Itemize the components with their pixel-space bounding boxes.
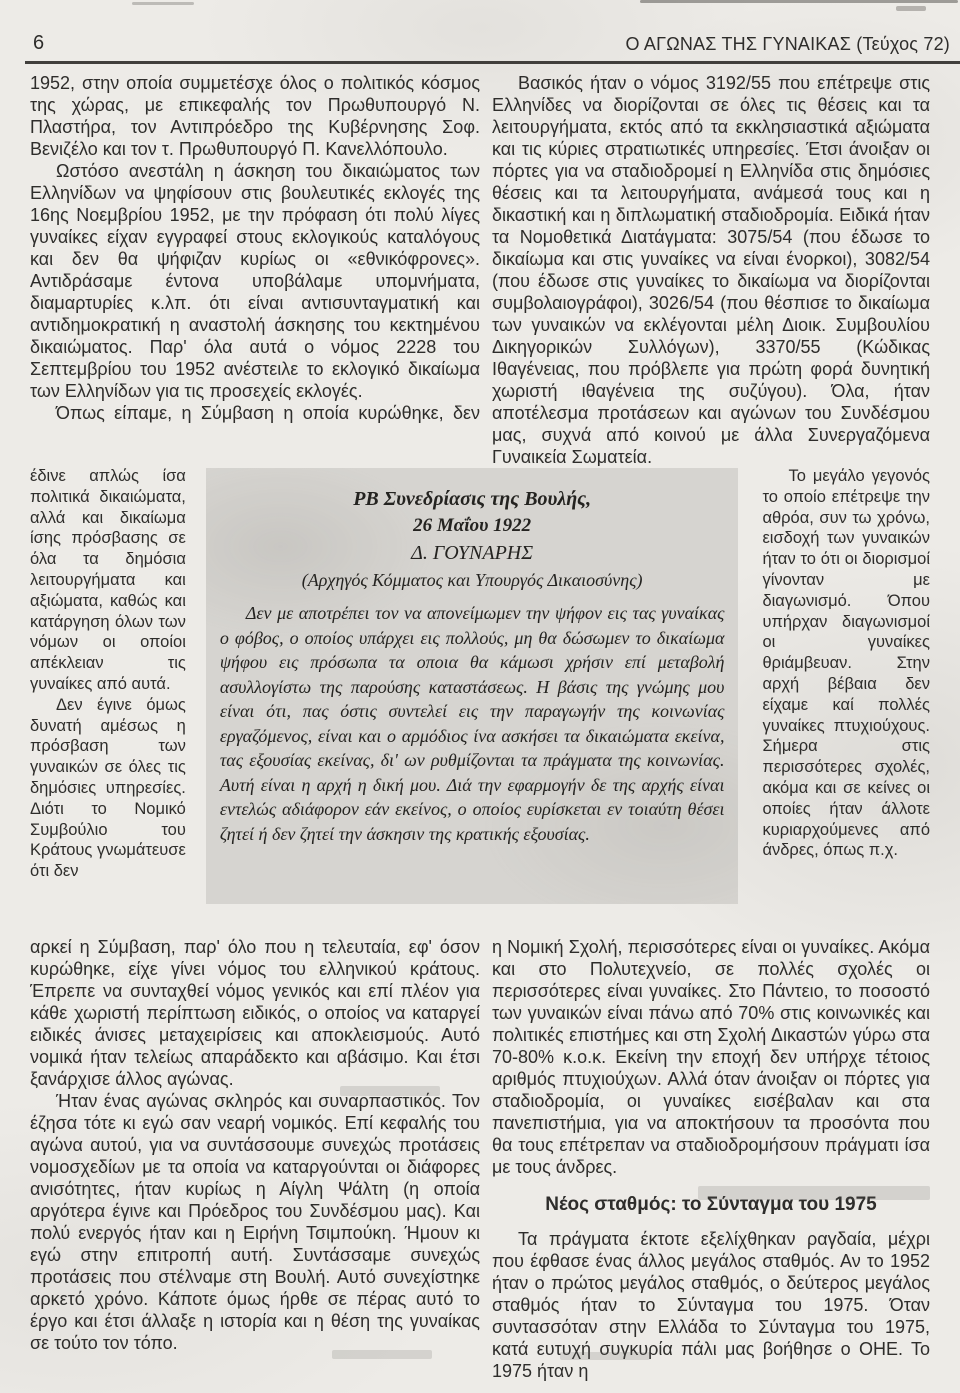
quote-body-text: Δεν με αποτρέπει τον να απονείμωμεν την … (220, 601, 725, 846)
quote-session-date: 26 Μαΐου 1922 (220, 513, 725, 539)
journal-title: Ο ΑΓΩΝΑΣ ΤΗΣ ΓΥΝΑΙΚΑΣ (Τεύχος 72) (625, 34, 950, 55)
right-column-top: Βασικός ήταν ο νόμος 3192/55 που επέτρεψ… (492, 72, 930, 466)
page-header: 6 Ο ΑΓΩΝΑΣ ΤΗΣ ΓΥΝΑΙΚΑΣ (Τεύχος 72) (25, 26, 960, 64)
bottom-text-row: αρκεί η Σύμβαση, παρ' όλο που η τελευταί… (30, 936, 930, 1392)
paragraph: αρκεί η Σύμβαση, παρ' όλο που η τελευταί… (30, 936, 480, 1090)
scan-smudge (640, 0, 958, 3)
quote-session-title: ΡΒ Συνεδρίασις της Βουλής, (220, 486, 725, 513)
left-column-top: 1952, στην οποία συμμετέσχε όλος ο πολιτ… (30, 72, 480, 466)
scan-smudge (698, 1186, 930, 1200)
scan-smudge (332, 1350, 432, 1359)
scan-smudge (560, 1352, 650, 1360)
page-number: 6 (33, 32, 44, 55)
paragraph: Τα πράγματα έκτοτε εξελίχθηκαν ραγδαία, … (492, 1228, 930, 1382)
right-column-bottom: η Νομική Σχολή, περισσότερες είναι οι γυ… (492, 936, 930, 1392)
right-column-beside-box: Το μεγάλο γεγονός το οποίο επέτρεψε την … (762, 466, 930, 936)
paragraph: Ήταν ένας αγώνας σκληρός και συναρπαστικ… (30, 1090, 480, 1354)
scan-smudge (340, 1086, 440, 1096)
paragraph: Το μεγάλο γεγονός το οποίο επέτρεψε την … (762, 466, 930, 861)
parliament-quote-box: ΡΒ Συνεδρίασις της Βουλής, 26 Μαΐου 1922… (206, 468, 739, 904)
scan-smudge (896, 6, 926, 11)
left-column-bottom: αρκεί η Σύμβαση, παρ' όλο που η τελευταί… (30, 936, 480, 1392)
quote-speaker-role: (Αρχηγός Κόμματος και Υπουργός Δικαιοσύν… (220, 567, 725, 593)
paragraph: Δεν έγινε όμως δυνατή αμέσως η πρόσβαση … (30, 695, 186, 882)
scanned-magazine-page: 6 Ο ΑΓΩΝΑΣ ΤΗΣ ΓΥΝΑΙΚΑΣ (Τεύχος 72) 1952… (0, 0, 960, 1393)
left-column-beside-box: έδινε απλώς ίσα πολιτικά δικαιώματα, αλλ… (30, 466, 186, 936)
paragraph: Ωστόσο ανεστάλη η άσκηση του δικαιώματος… (30, 160, 480, 402)
scan-smudge (132, 2, 194, 5)
paragraph: η Νομική Σχολή, περισσότερες είναι οι γυ… (492, 936, 930, 1178)
paragraph: 1952, στην οποία συμμετέσχε όλος ο πολιτ… (30, 72, 480, 160)
paragraph: Όπως είπαμε, η Σύμβαση η οποία κυρώθηκε,… (30, 402, 480, 424)
paragraph: Βασικός ήταν ο νόμος 3192/55 που επέτρεψ… (492, 72, 930, 466)
middle-text-row: έδινε απλώς ίσα πολιτικά δικαιώματα, αλλ… (30, 466, 930, 936)
quote-speaker-name: Δ. ΓΟΥΝΑΡΗΣ (220, 539, 725, 567)
paragraph: έδινε απλώς ίσα πολιτικά δικαιώματα, αλλ… (30, 466, 186, 695)
top-text-row: 1952, στην οποία συμμετέσχε όλος ο πολιτ… (30, 72, 930, 466)
